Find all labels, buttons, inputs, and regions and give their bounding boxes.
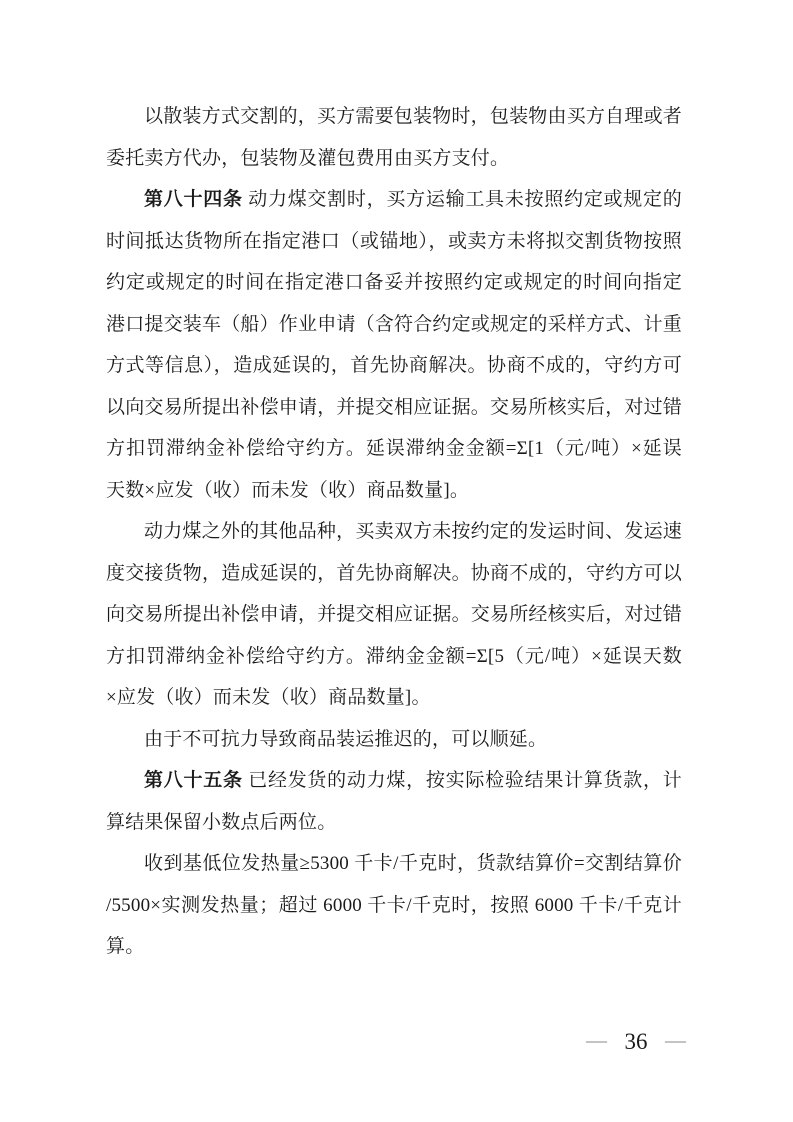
text-line: 向交易所提出补偿申请，并提交相应证据。交易所经核实后，对过错 xyxy=(106,594,682,636)
text-line: 收到基低位发热量≥5300 千卡/千克时，货款结算价=交割结算价 xyxy=(106,843,682,885)
paragraph: 第八十四条 动力煤交割时，买方运输工具未按照约定或规定的时间抵达货物所在指定港口… xyxy=(106,179,682,511)
text-line: 方扣罚滞纳金补偿给守约方。延误滞纳金金额=Σ[1（元/吨）×延误 xyxy=(106,428,682,470)
footer-dash-left: — xyxy=(586,1026,607,1054)
text-line: 算结果保留小数点后两位。 xyxy=(106,802,682,844)
page-number: 36 xyxy=(625,1028,648,1056)
page-number-group: — 36 — xyxy=(586,1028,686,1056)
text-line: 约定或规定的时间在指定港口备妥并按照约定或规定的时间向指定 xyxy=(106,262,682,304)
text-line: ×应发（收）而未发（收）商品数量]。 xyxy=(106,677,682,719)
text-line: 时间抵达货物所在指定港口（或锚地），或卖方未将拟交割货物按照 xyxy=(106,221,682,263)
text-line: 由于不可抗力导致商品装运推迟的，可以顺延。 xyxy=(106,719,682,761)
paragraph: 动力煤之外的其他品种，买卖双方未按约定的发运时间、发运速度交接货物，造成延误的，… xyxy=(106,511,682,719)
text-line: 方式等信息），造成延误的，首先协商解决。协商不成的，守约方可 xyxy=(106,345,682,387)
paragraph: 由于不可抗力导致商品装运推迟的，可以顺延。 xyxy=(106,719,682,761)
text-line: 度交接货物，造成延误的，首先协商解决。协商不成的，守约方可以 xyxy=(106,553,682,595)
text-line: /5500×实测发热量；超过 6000 千卡/千克时，按照 6000 千卡/千克… xyxy=(106,885,682,927)
footer-dash-right: — xyxy=(665,1026,686,1054)
text-line: 第八十五条 已经发货的动力煤，按实际检验结果计算货款，计 xyxy=(106,760,682,802)
document-body: 以散装方式交割的，买方需要包装物时，包装物由买方自理或者委托卖方代办，包装物及灌… xyxy=(106,96,682,968)
text-line: 以散装方式交割的，买方需要包装物时，包装物由买方自理或者 xyxy=(106,96,682,138)
paragraph: 第八十五条 已经发货的动力煤，按实际检验结果计算货款，计算结果保留小数点后两位。 xyxy=(106,760,682,843)
text-line: 以向交易所提出补偿申请，并提交相应证据。交易所核实后，对过错 xyxy=(106,387,682,429)
text-line: 委托卖方代办，包装物及灌包费用由买方支付。 xyxy=(106,138,682,180)
paragraph: 以散装方式交割的，买方需要包装物时，包装物由买方自理或者委托卖方代办，包装物及灌… xyxy=(106,96,682,179)
text-line: 方扣罚滞纳金补偿给守约方。滞纳金金额=Σ[5（元/吨）×延误天数 xyxy=(106,636,682,678)
text-line: 动力煤之外的其他品种，买卖双方未按约定的发运时间、发运速 xyxy=(106,511,682,553)
text-line: 港口提交装车（船）作业申请（含符合约定或规定的采样方式、计重 xyxy=(106,304,682,346)
article-number: 第八十四条 xyxy=(144,189,243,210)
text-line: 算。 xyxy=(106,926,682,968)
document-page: 以散装方式交割的，买方需要包装物时，包装物由买方自理或者委托卖方代办，包装物及灌… xyxy=(0,0,793,1122)
text-line: 天数×应发（收）而未发（收）商品数量]。 xyxy=(106,470,682,512)
text-line: 第八十四条 动力煤交割时，买方运输工具未按照约定或规定的 xyxy=(106,179,682,221)
article-number: 第八十五条 xyxy=(144,770,243,791)
paragraph: 收到基低位发热量≥5300 千卡/千克时，货款结算价=交割结算价/5500×实测… xyxy=(106,843,682,968)
